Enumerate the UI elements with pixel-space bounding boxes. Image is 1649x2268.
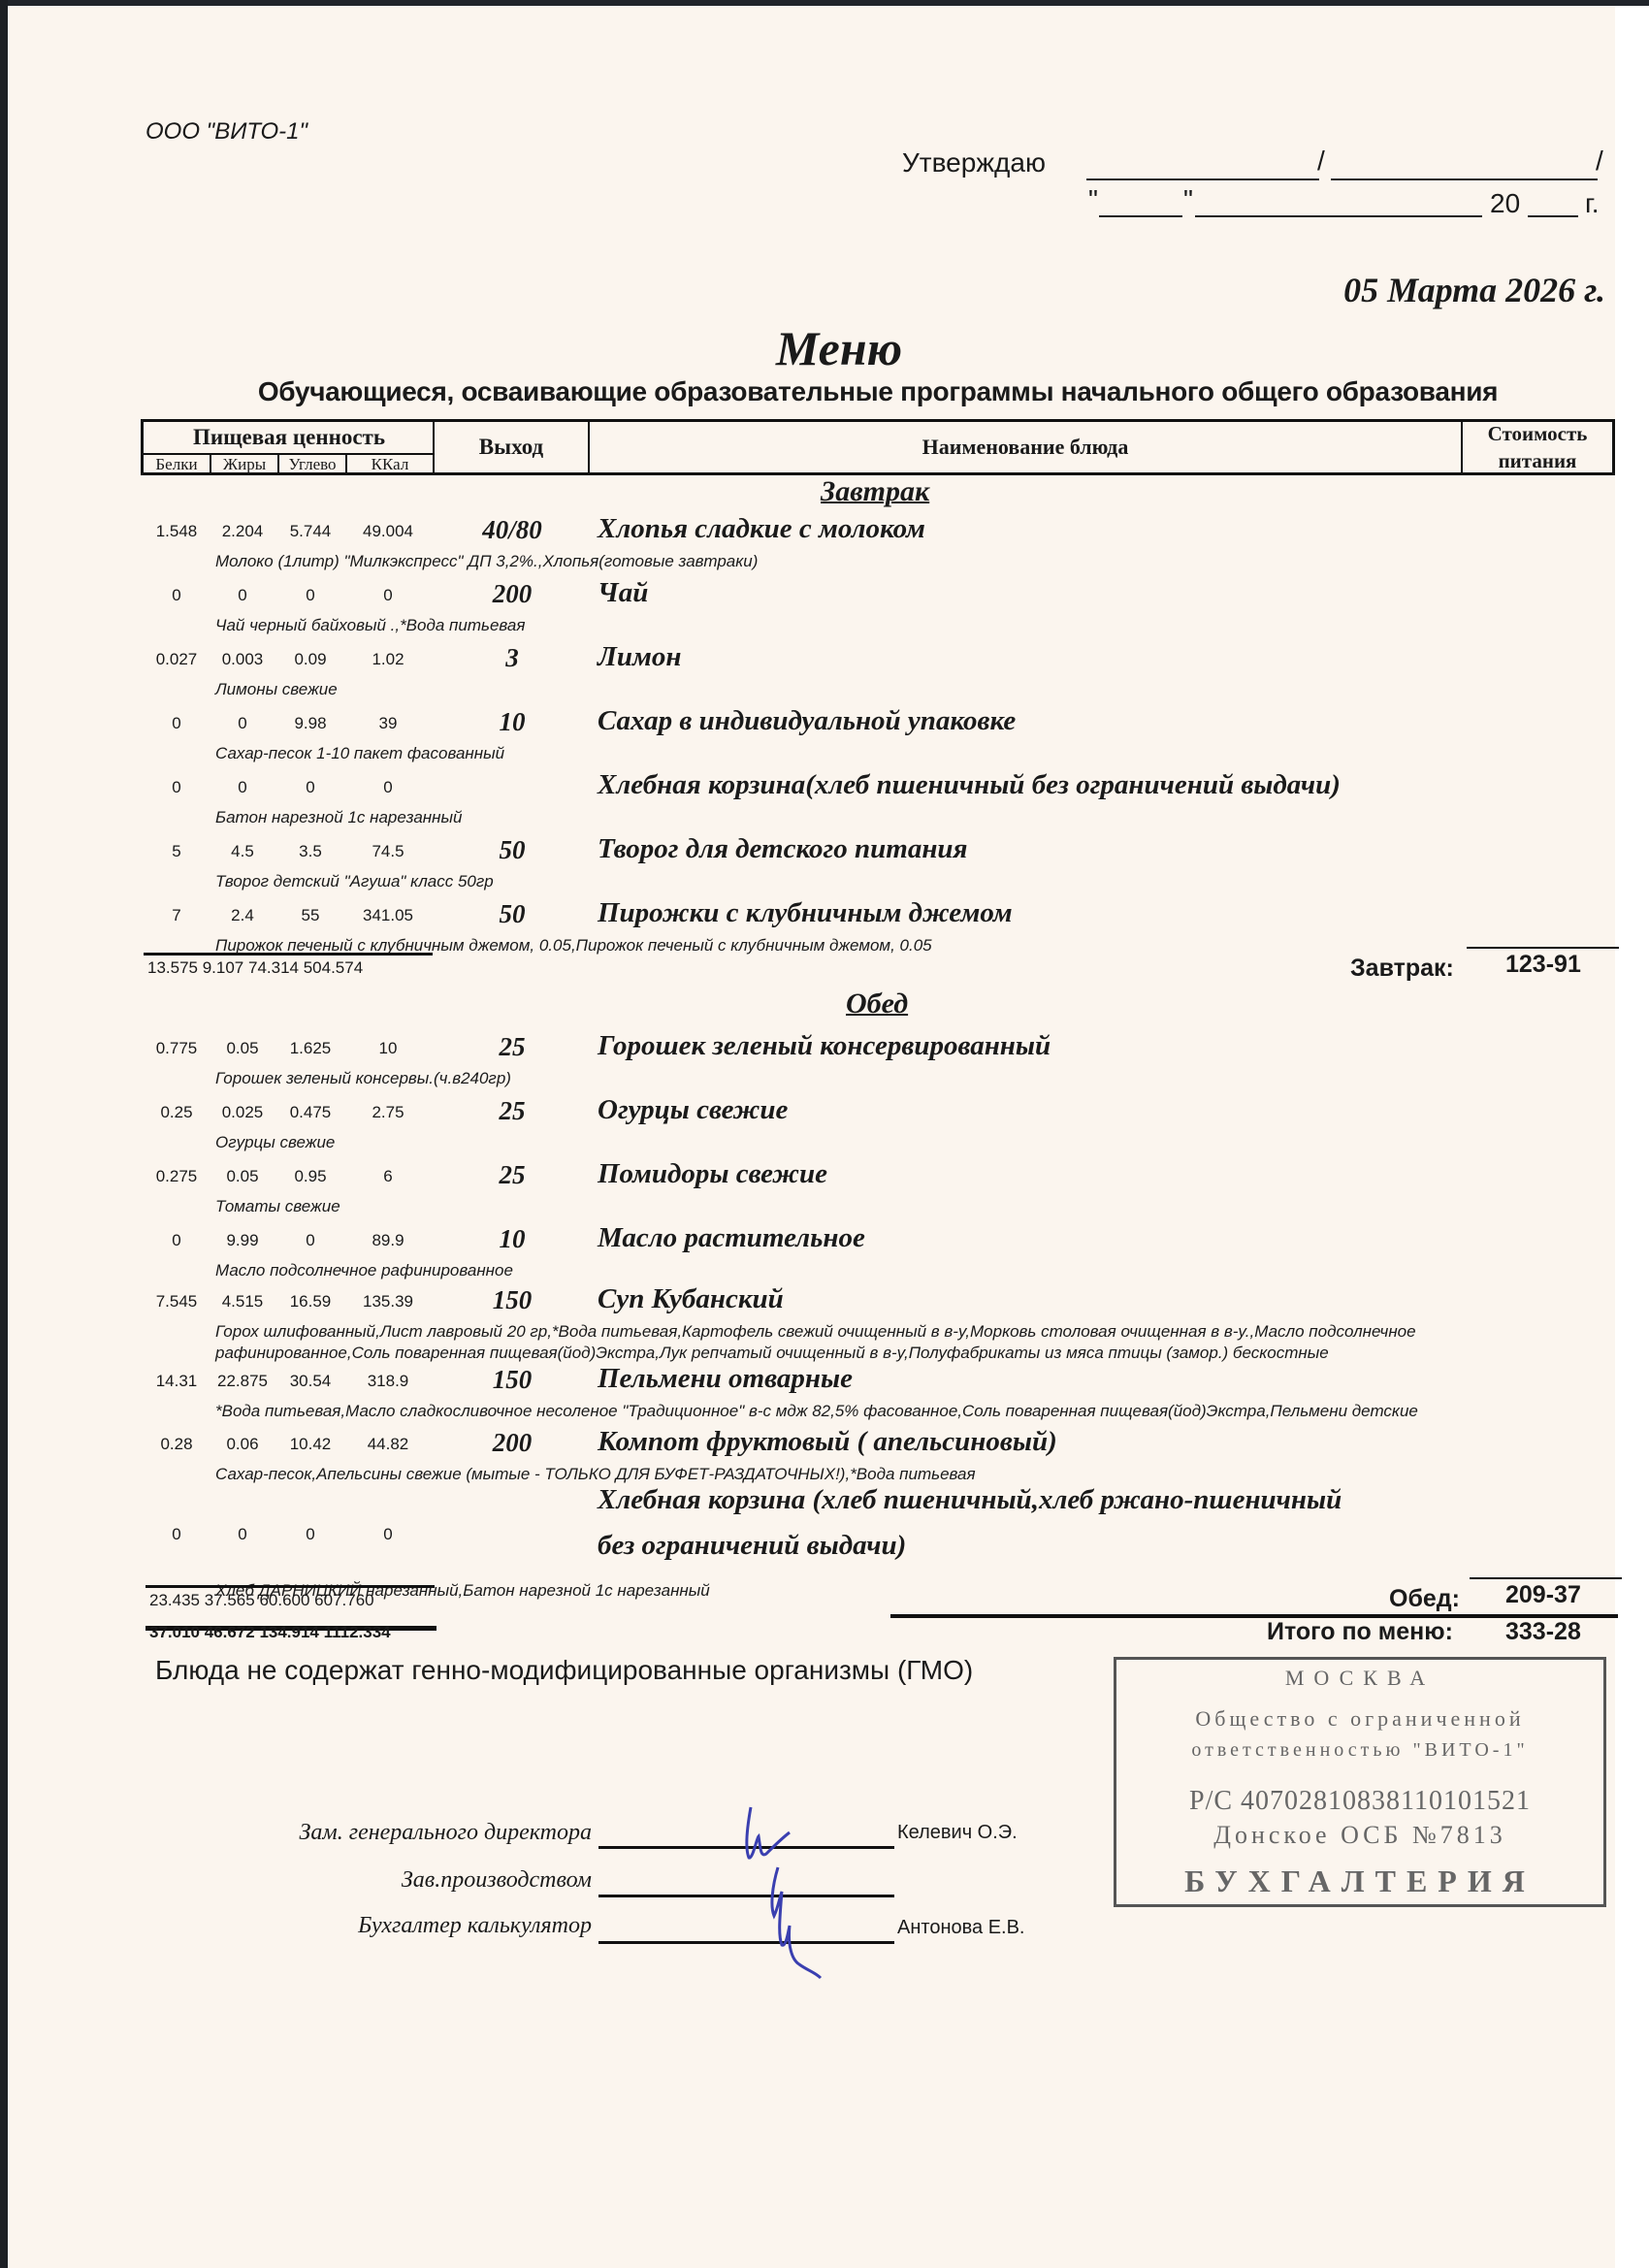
- kcal-value: 0: [354, 1525, 422, 1544]
- lunch-total-label: Обед:: [1389, 1585, 1460, 1613]
- signature-name-deputy-director: Келевич О.Э.: [897, 1822, 1018, 1844]
- fat-value: 0.003: [209, 650, 276, 669]
- lunch-totals: 23.435 37.565 60.600 607.760: [149, 1591, 374, 1610]
- carbs-value: 0: [276, 586, 344, 605]
- protein-value: 0.775: [143, 1039, 210, 1058]
- carbs-header: Углево: [279, 455, 347, 473]
- carbs-value: 10.42: [276, 1435, 344, 1454]
- cost-header-line1: Стоимость: [1488, 420, 1588, 447]
- kcal-value: 135.39: [354, 1292, 422, 1312]
- grand-total-cost: 333-28: [1505, 1618, 1581, 1646]
- kcal-value: 0: [354, 778, 422, 797]
- output-value: 40/80: [464, 515, 561, 545]
- dish-name: Компот фруктовый ( апельсиновый): [598, 1426, 1057, 1458]
- carbs-value: 55: [276, 906, 344, 925]
- month-line: [1195, 215, 1482, 217]
- kcal-value: 10: [354, 1039, 422, 1058]
- fat-value: 22.875: [209, 1372, 276, 1391]
- kcal-value: 318.9: [354, 1372, 422, 1391]
- ingredients: Огурцы свежие: [215, 1133, 335, 1152]
- kcal-value: 1.02: [354, 650, 422, 669]
- carbs-value: 0.95: [276, 1167, 344, 1186]
- lunch-total-bar: [145, 1585, 435, 1588]
- year-line: [1528, 215, 1578, 217]
- ingredients: Масло подсолнечное рафинированное: [215, 1261, 513, 1280]
- stamp-department: БУХГАЛТЕРИЯ: [1116, 1863, 1603, 1899]
- ingredients: Чай черный байховый .,*Вода питьевая: [215, 616, 525, 635]
- dish-name: Хлебная корзина(хлеб пшеничный без огран…: [598, 769, 1341, 801]
- year-suffix: г.: [1585, 188, 1600, 219]
- carbs-value: 0.475: [276, 1103, 344, 1122]
- ingredients: Лимоны свежие: [215, 680, 338, 699]
- protein-value: 0.027: [143, 650, 210, 669]
- dish-name: Сахар в индивидуальной упаковке: [598, 705, 1016, 737]
- fat-value: 2.4: [209, 906, 276, 925]
- dish-name: Пельмени отварные: [598, 1363, 853, 1395]
- signature-name-accountant: Антонова Е.В.: [897, 1917, 1024, 1939]
- ingredients: Сахар-песок 1-10 пакет фасованный: [215, 744, 504, 763]
- dish-name: Горошек зеленый консервированный: [598, 1030, 1051, 1062]
- ingredients: Творог детский "Агуша" класс 50гр: [215, 872, 494, 891]
- ingredients: Горошек зеленый консервы.(ч.в240гр): [215, 1069, 511, 1088]
- kcal-value: 341.05: [354, 906, 422, 925]
- gmo-note: Блюда не содержат генно-модифицированные…: [155, 1655, 973, 1686]
- output-value: 150: [464, 1365, 561, 1395]
- carbs-value: 16.59: [276, 1292, 344, 1312]
- output-value: 200: [464, 1428, 561, 1458]
- fat-value: 0: [209, 778, 276, 797]
- breakfast-cost-line: [1467, 947, 1619, 949]
- kcal-value: 0: [354, 586, 422, 605]
- breakfast-total-cost: 123-91: [1505, 951, 1581, 979]
- dish-name: Пирожки с клубничным джемом: [598, 897, 1013, 929]
- protein-value: 0: [143, 1231, 210, 1250]
- dish-name: Лимон: [598, 641, 682, 673]
- dish-name: Хлопья сладкие с молоком: [598, 513, 925, 545]
- carbs-value: 1.625: [276, 1039, 344, 1058]
- output-value: 25: [464, 1160, 561, 1190]
- fat-value: 0: [209, 1525, 276, 1544]
- ingredients: Батон нарезной 1с нарезанный: [215, 808, 463, 827]
- protein-value: 0: [143, 714, 210, 733]
- ingredients-continued: рафинированное,Соль поваренная пищевая(й…: [215, 1344, 1329, 1363]
- approve-name-line: [1331, 178, 1598, 180]
- document-date: 05 Марта 2026 г.: [1343, 270, 1605, 310]
- protein-value: 0.275: [143, 1167, 210, 1186]
- section-heading-lunch: Обед: [846, 988, 908, 1021]
- output-header: Выход: [435, 422, 590, 472]
- protein-value: 7.545: [143, 1292, 210, 1312]
- protein-header: Белки: [144, 455, 211, 473]
- protein-value: 7: [143, 906, 210, 925]
- stamp-bank: Донское ОСБ №7813: [1116, 1821, 1603, 1850]
- approve-signature-line: [1086, 178, 1319, 180]
- fat-value: 0: [209, 714, 276, 733]
- ingredients: Сахар-песок,Апельсины свежие (мытые - ТО…: [215, 1465, 976, 1484]
- fat-value: 0.025: [209, 1103, 276, 1122]
- output-value: 10: [464, 707, 561, 737]
- kcal-value: 74.5: [354, 842, 422, 861]
- page-subtitle: Обучающиеся, осваивающие образовательные…: [141, 376, 1615, 407]
- dish-name-header: Наименование блюда: [590, 422, 1463, 472]
- ingredients: Горох шлифованный,Лист лавровый 20 гр,*В…: [215, 1322, 1416, 1342]
- grand-total-label: Итого по меню:: [1267, 1618, 1453, 1646]
- page-title: Меню: [0, 320, 1649, 376]
- approve-label: Утверждаю: [902, 147, 1046, 178]
- dish-name: Масло растительное: [598, 1222, 865, 1254]
- stamp-line1: Общество с ограниченной: [1116, 1706, 1603, 1732]
- dish-name: Творог для детского питания: [598, 833, 968, 865]
- kcal-value: 44.82: [354, 1435, 422, 1454]
- fat-value: 0.05: [209, 1167, 276, 1186]
- output-value: 200: [464, 579, 561, 609]
- breakfast-totals: 13.575 9.107 74.314 504.574: [147, 958, 363, 978]
- protein-value: 0.28: [143, 1435, 210, 1454]
- output-value: 50: [464, 835, 561, 865]
- fat-value: 0: [209, 586, 276, 605]
- day-line: [1099, 215, 1182, 217]
- nutrition-title: Пищевая ценность: [144, 422, 435, 455]
- kcal-value: 6: [354, 1167, 422, 1186]
- ingredients: Молоко (1литр) "Милкэкспресс" ДП 3,2%.,Х…: [215, 552, 758, 571]
- protein-value: 5: [143, 842, 210, 861]
- signature-role-deputy-director: Зам. генерального директора: [242, 1820, 592, 1846]
- stamp-line2: ответственностью "ВИТО-1": [1116, 1739, 1603, 1762]
- protein-value: 0: [143, 778, 210, 797]
- protein-value: 1.548: [143, 522, 210, 541]
- fat-value: 0.06: [209, 1435, 276, 1454]
- carbs-value: 0.09: [276, 650, 344, 669]
- dish-name-continued: без ограничений выдачи): [598, 1530, 906, 1562]
- lunch-cost-line: [1470, 1577, 1622, 1579]
- fat-value: 0.05: [209, 1039, 276, 1058]
- carbs-value: 0: [276, 1231, 344, 1250]
- breakfast-total-label: Завтрак:: [1350, 955, 1454, 983]
- date-quote-close: ": [1183, 184, 1193, 215]
- table-header: Пищевая ценность Белки Жиры Углево ККал …: [141, 419, 1615, 475]
- carbs-value: 5.744: [276, 522, 344, 541]
- output-value: 25: [464, 1096, 561, 1126]
- handwritten-signature-icon: [718, 1799, 854, 1993]
- output-value: 50: [464, 899, 561, 929]
- fat-value: 2.204: [209, 522, 276, 541]
- kcal-value: 89.9: [354, 1231, 422, 1250]
- cost-header-line2: питания: [1499, 447, 1577, 474]
- grand-totals: 37.010 46.672 134.914 1112.334: [149, 1623, 391, 1642]
- carbs-value: 0: [276, 1525, 344, 1544]
- output-value: 25: [464, 1032, 561, 1062]
- protein-value: 0: [143, 586, 210, 605]
- signature-role-production-manager: Зав.производством: [242, 1867, 592, 1894]
- approve-slash: /: [1317, 146, 1325, 177]
- cost-header: Стоимость питания: [1463, 422, 1612, 472]
- stamp-account: Р/С 40702810838110101521: [1116, 1786, 1603, 1817]
- company-stamp: МОСКВА Общество с ограниченной ответстве…: [1114, 1657, 1606, 1907]
- dish-name: Чай: [598, 577, 648, 609]
- carbs-value: 0: [276, 778, 344, 797]
- nutrition-header: Пищевая ценность Белки Жиры Углево ККал: [144, 422, 435, 472]
- organization-name: ООО "ВИТО-1": [145, 118, 307, 146]
- breakfast-total-bar: [144, 953, 433, 956]
- dish-name: Помидоры свежие: [598, 1158, 827, 1190]
- ingredients: Томаты свежие: [215, 1197, 340, 1216]
- kcal-value: 2.75: [354, 1103, 422, 1122]
- output-value: 150: [464, 1285, 561, 1315]
- dish-name: Огурцы свежие: [598, 1094, 788, 1126]
- signature-role-accountant: Бухгалтер калькулятор: [242, 1913, 592, 1939]
- output-value: 10: [464, 1224, 561, 1254]
- carbs-value: 9.98: [276, 714, 344, 733]
- dish-name: Суп Кубанский: [598, 1283, 784, 1315]
- section-heading-breakfast: Завтрак: [821, 475, 929, 508]
- carbs-value: 30.54: [276, 1372, 344, 1391]
- output-value: 3: [464, 643, 561, 673]
- date-quote-open: ": [1088, 184, 1098, 215]
- approve-slash-end: /: [1596, 146, 1603, 177]
- protein-value: 0.25: [143, 1103, 210, 1122]
- kcal-value: 49.004: [354, 522, 422, 541]
- year-prefix: 20: [1490, 188, 1520, 219]
- dish-name: Хлебная корзина (хлеб пшеничный,хлеб ржа…: [598, 1484, 1342, 1516]
- fat-value: 9.99: [209, 1231, 276, 1250]
- kcal-header: ККал: [347, 455, 433, 473]
- stamp-city: МОСКВА: [1116, 1666, 1603, 1691]
- kcal-value: 39: [354, 714, 422, 733]
- fat-value: 4.515: [209, 1292, 276, 1312]
- ingredients: *Вода питьевая,Масло сладкосливочное нес…: [215, 1402, 1418, 1421]
- lunch-total-cost: 209-37: [1505, 1581, 1581, 1609]
- fat-header: Жиры: [211, 455, 279, 473]
- protein-value: 14.31: [143, 1372, 210, 1391]
- protein-value: 0: [143, 1525, 210, 1544]
- carbs-value: 3.5: [276, 842, 344, 861]
- fat-value: 4.5: [209, 842, 276, 861]
